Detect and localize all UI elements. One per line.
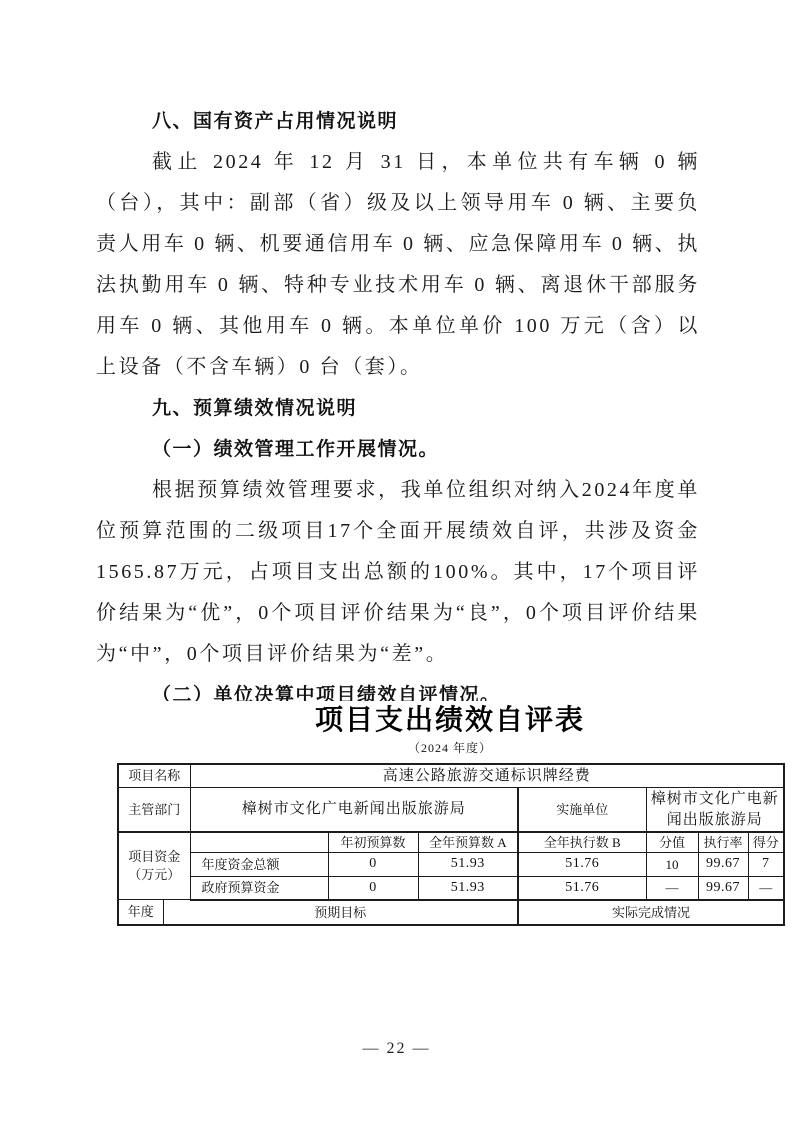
column-header-initial-budget: 年初预算数 [328, 832, 418, 853]
fund-row-total: 年度资金总额 0 51.93 51.76 10 99.67 7 [118, 853, 784, 877]
fund-row-label: 政府预算资金 [190, 877, 328, 900]
subsection-9-1-paragraph: 根据预算绩效管理要求，我单位组织对纳入2024年度单位预算范围的二级项目17个全… [96, 470, 700, 675]
initial-budget-value: 0 [328, 853, 418, 877]
points-value: — [646, 877, 698, 900]
empty-cell [190, 832, 328, 853]
exec-rate-value: 99.67 [698, 877, 748, 900]
table-subtitle: （2024 年度） [117, 741, 783, 755]
table-row: 项目资金 （万元） 年初预算数 全年预算数 A 全年执行数 B 分值 执行率 得… [118, 832, 784, 853]
project-name-label-cell: 项目名称 [118, 764, 190, 788]
annual-budget-a-value: 51.93 [418, 853, 518, 877]
project-name-value-cell: 高速公路旅游交通标识牌经费 [190, 764, 784, 788]
expected-goal-cell: 预期目标 [163, 900, 518, 925]
fund-row-label: 年度资金总额 [190, 853, 328, 877]
document-page: 八、国有资产占用情况说明 截止 2024 年 12 月 31 日，本单位共有车辆… [0, 0, 793, 1122]
page-number: — 22 — [0, 1040, 793, 1058]
section-8-paragraph: 截止 2024 年 12 月 31 日，本单位共有车辆 0 辆（台），其中：副部… [96, 142, 700, 388]
exec-rate-value: 99.67 [698, 853, 748, 877]
competent-dept-label-cell: 主管部门 [118, 788, 190, 832]
section-9-heading: 九、预算绩效情况说明 [96, 388, 700, 429]
column-header-annual-exec-b: 全年执行数 B [518, 832, 646, 853]
subsection-9-2-heading: （二）单位决算中项目绩效自评情况。 [96, 675, 700, 701]
fund-row-government: 政府预算资金 0 51.93 51.76 — 99.67 — [118, 877, 784, 900]
project-funds-label-cell: 项目资金 （万元） [118, 832, 190, 900]
annual-exec-b-value: 51.76 [518, 853, 646, 877]
subsection-9-1-heading: （一）绩效管理工作开展情况。 [96, 429, 700, 470]
annual-exec-b-value: 51.76 [518, 877, 646, 900]
actual-completion-cell: 实际完成情况 [518, 900, 784, 925]
performance-table-section: 项目支出绩效自评表 （2024 年度） 项目名称 高速公路旅游交通标识牌经费 主… [0, 703, 793, 926]
column-header-annual-budget-a: 全年预算数 A [418, 832, 518, 853]
initial-budget-value: 0 [328, 877, 418, 900]
column-header-exec-rate: 执行率 [698, 832, 748, 853]
table-row: 主管部门 樟树市文化广电新闻出版旅游局 实施单位 樟树市文化广电新闻出版旅游局 [118, 788, 784, 832]
annual-budget-a-value: 51.93 [418, 877, 518, 900]
document-body: 八、国有资产占用情况说明 截止 2024 年 12 月 31 日，本单位共有车辆… [0, 0, 793, 701]
competent-dept-value-cell: 樟树市文化广电新闻出版旅游局 [190, 788, 518, 832]
column-header-score: 得分 [748, 832, 784, 853]
table-row: 项目名称 高速公路旅游交通标识牌经费 [118, 764, 784, 788]
table-row: 年度 预期目标 实际完成情况 [118, 900, 784, 925]
table-title: 项目支出绩效自评表 [117, 703, 783, 737]
points-value: 10 [646, 853, 698, 877]
column-header-points: 分值 [646, 832, 698, 853]
impl-unit-value-cell: 樟树市文化广电新闻出版旅游局 [646, 788, 784, 832]
score-value: — [748, 877, 784, 900]
section-8-heading: 八、国有资产占用情况说明 [96, 101, 700, 142]
impl-unit-label-cell: 实施单位 [518, 788, 646, 832]
score-value: 7 [748, 853, 784, 877]
performance-table: 项目名称 高速公路旅游交通标识牌经费 主管部门 樟树市文化广电新闻出版旅游局 实… [117, 763, 785, 926]
year-label-cell: 年度 [118, 900, 163, 925]
